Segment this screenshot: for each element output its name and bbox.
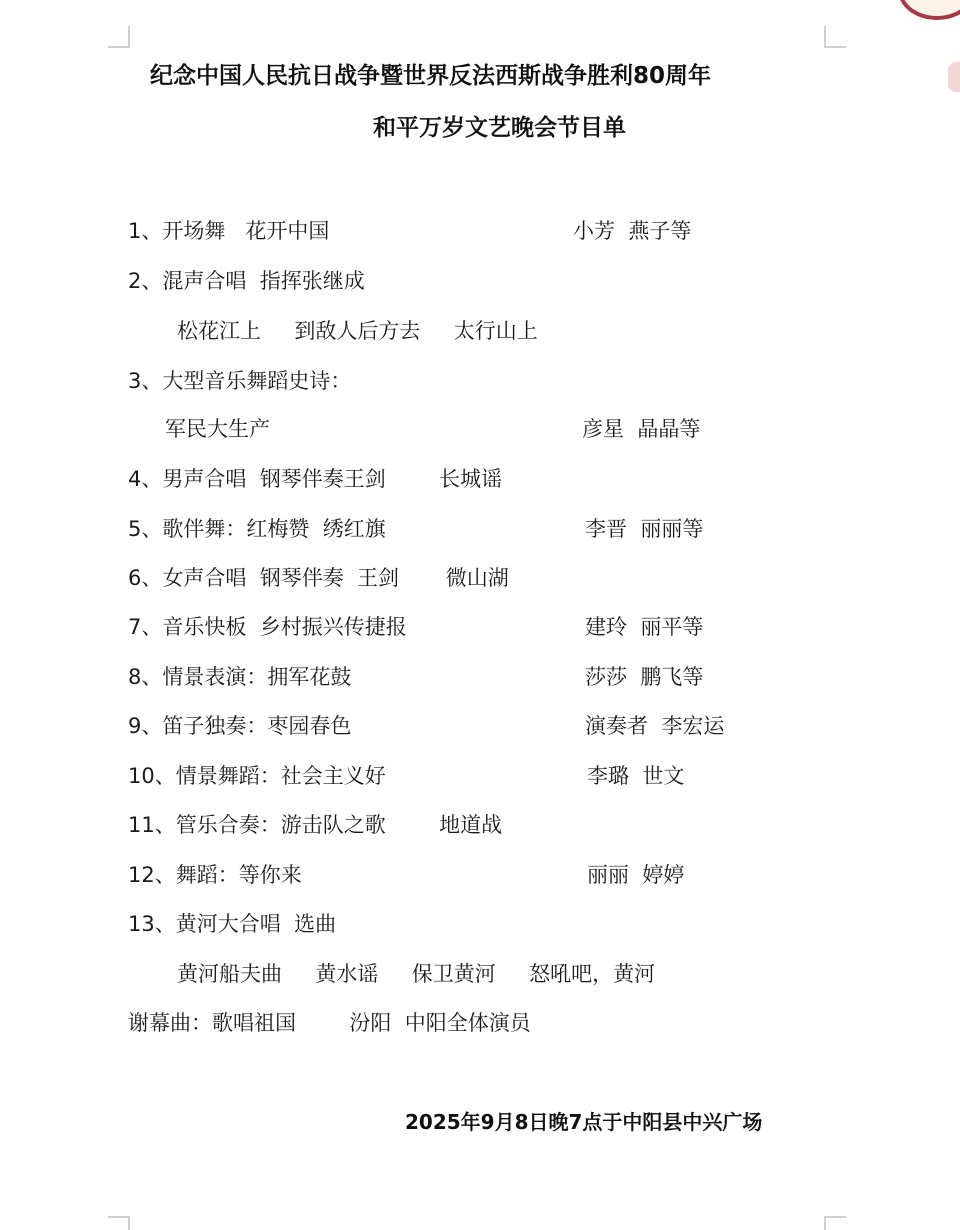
program-finale: 谢幕曲：歌唱祖国 汾阳 中阳全体演员 (128, 1007, 531, 1037)
document-title: 纪念中国人民抗日战争暨世界反法西斯战争胜利80周年 (150, 57, 711, 90)
program-item-10: 10、情景舞蹈：社会主义好 (128, 760, 386, 790)
program-item-2-songs: 松花江上 到敌人后方去 太行山上 (177, 315, 538, 345)
page-corner-mark (824, 26, 846, 48)
document-subtitle: 和平万岁文艺晚会节目单 (373, 109, 626, 142)
program-item-3: 3、大型音乐舞蹈史诗： (128, 365, 351, 395)
program-item-12: 12、舞蹈：等你来 (128, 859, 302, 889)
program-item-13: 13、黄河大合唱 选曲 (128, 908, 336, 938)
program-item-11: 11、管乐合奏：游击队之歌 地道战 (128, 809, 502, 839)
decorative-shape-icon (948, 62, 960, 92)
program-item-8-performers: 莎莎 鹏飞等 (585, 661, 703, 691)
program-item-7-performers: 建玲 丽平等 (585, 611, 703, 641)
program-item-2: 2、混声合唱 指挥张继成 (128, 265, 365, 295)
program-item-6: 6、女声合唱 钢琴伴奏 王剑 微山湖 (128, 562, 509, 592)
page-corner-mark (108, 1216, 130, 1230)
page-corner-mark (108, 26, 130, 48)
program-item-4: 4、男声合唱 钢琴伴奏王剑 长城谣 (128, 463, 502, 493)
program-item-1: 1、开场舞 花开中国 (128, 215, 329, 245)
program-item-8: 8、情景表演：拥军花鼓 (128, 661, 351, 691)
program-item-9: 9、笛子独奏：枣园春色 (128, 710, 351, 740)
program-item-5: 5、歌伴舞：红梅赞 绣红旗 (128, 513, 386, 543)
program-item-3-title: 军民大生产 (165, 413, 270, 443)
program-item-13-songs: 黄河船夫曲 黄水谣 保卫黄河 怒吼吧，黄河 (177, 958, 655, 988)
program-item-12-performers: 丽丽 婷婷 (587, 859, 684, 889)
event-date-location: 2025年9月8日晚7点于中阳县中兴广场 (405, 1106, 762, 1135)
program-item-10-performers: 李璐 世文 (587, 760, 684, 790)
program-item-3-performers: 彦星 晶晶等 (582, 413, 700, 443)
program-item-7: 7、音乐快板 乡村振兴传捷报 (128, 611, 407, 641)
decorative-circle-icon (898, 0, 960, 20)
page-corner-mark (824, 1216, 846, 1230)
program-item-5-performers: 李晋 丽丽等 (585, 513, 703, 543)
program-item-1-performers: 小芳 燕子等 (573, 215, 691, 245)
program-item-9-performers: 演奏者 李宏运 (585, 710, 724, 740)
